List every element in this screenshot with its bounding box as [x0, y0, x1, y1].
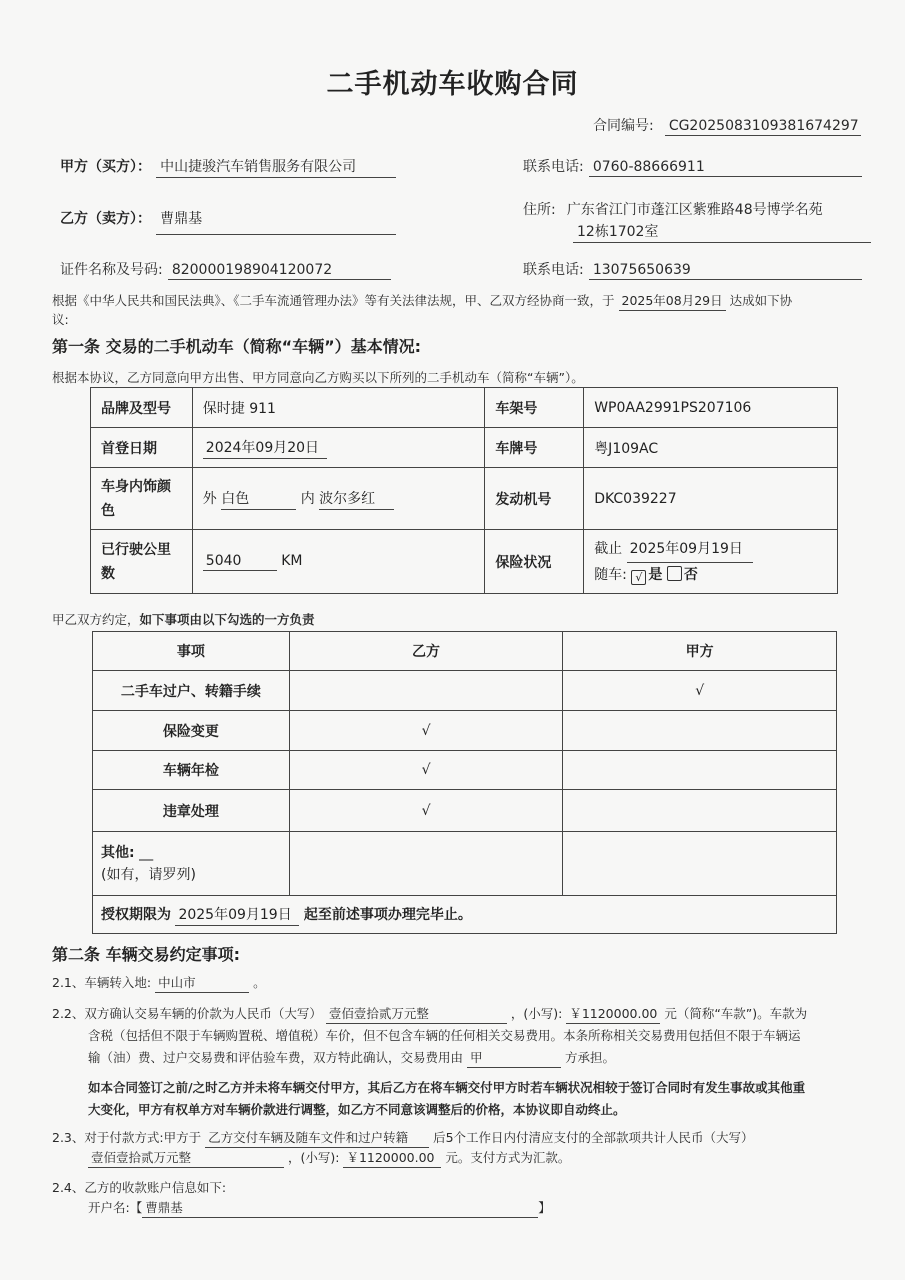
row-item: 保险变更 [93, 711, 290, 751]
clause-2-4-number: 2.4、 [52, 1180, 84, 1195]
price-in-figures: ￥1120000.00 [566, 1004, 660, 1024]
with-car-label: 随车: [594, 567, 627, 583]
payment-in-figures: ￥1120000.00 [343, 1148, 441, 1168]
color-label-line2: 色 [101, 499, 182, 523]
other-label-row: 其他: __ [101, 842, 279, 864]
party-b-address-line1: 广东省江门市蓬江区紫雅路48号博学名苑 [567, 202, 823, 218]
clause-2-1-end: 。 [253, 975, 266, 990]
responsibility-header-row: 事项 乙方 甲方 [93, 632, 837, 671]
price-in-words: 壹佰壹拾贰万元整 [326, 1004, 507, 1024]
authorization-suffix: 起至前述事项办理完毕止。 [304, 907, 472, 923]
clause-2-1-number: 2.1、 [52, 975, 84, 990]
party-b-address-label: 住所: [523, 202, 556, 218]
row-party-b-check[interactable] [289, 671, 563, 711]
table-row-other: 其他: __ (如有，请罗列) [93, 832, 837, 896]
contract-page: 二手机动车收购合同 合同编号: CG2025083109381674297 甲方… [0, 0, 905, 1280]
article1-intro: 根据本协议，乙方同意向甲方出售、甲方同意向乙方购买以下所列的二手机动车（简称“车… [52, 368, 584, 386]
clause-2-3-number: 2.3、 [52, 1130, 84, 1145]
contract-number-row: 合同编号: CG2025083109381674297 [593, 115, 861, 136]
row-item: 车辆年检 [93, 751, 290, 790]
party-b-phone-label: 联系电话: [523, 262, 584, 278]
with-car-no-checkbox[interactable] [667, 566, 682, 581]
authorization-cell: 授权期限为 2025年09月19日 起至前述事项办理完毕止。 [93, 896, 837, 934]
fee-party: 甲 [467, 1048, 561, 1068]
responsibility-intro: 甲乙双方约定，如下事项由以下勾选的一方负责 [52, 610, 315, 628]
account-name-label: 开户名:【 [88, 1200, 142, 1215]
party-b-address-line2-row: 12栋1702室 [573, 221, 871, 243]
brand-label: 品牌及型号 [91, 388, 193, 428]
exterior-color: 白色 [221, 488, 296, 510]
clause-2-3-line1: 2.3、对于付款方式:甲方于 乙方交付车辆及随车文件和过户转籍 后5个工作日内付… [52, 1128, 754, 1148]
responsibility-table: 事项 乙方 甲方 二手车过户、转籍手续 √ 保险变更 √ 车辆年检 √ 违章处理… [92, 631, 837, 934]
row-party-b-check[interactable]: √ [289, 751, 563, 790]
vehicle-info-table: 品牌及型号 保时捷 911 车架号 WP0AA2991PS207106 首登日期… [90, 387, 838, 594]
party-a-phone: 0760-88666911 [589, 159, 862, 177]
table-row: 保险变更 √ [93, 711, 837, 751]
clause-2-2-bold-line1: 如本合同签订之前/之时乙方并未将车辆交付甲方，其后乙方在将车辆交付甲方时若车辆状… [88, 1078, 805, 1096]
clause-2-2-line3b: 方承担。 [565, 1050, 615, 1065]
clause-2-3-text2: 后5个工作日内付清应支付的全部款项共计人民币（大写） [433, 1130, 753, 1145]
mileage-label: 已行驶公里 数 [91, 530, 193, 594]
party-b-name: 曹鼎基 [156, 208, 396, 235]
clause-2-3-text4: 元。支付方式为汇款。 [445, 1150, 570, 1165]
clause-2-3-text3: ，(小写): [288, 1150, 339, 1165]
reg-date-value: 2024年09月20日 [203, 437, 327, 459]
responsibility-intro-text: 甲乙双方约定， [52, 612, 140, 627]
authorization-row: 授权期限为 2025年09月19日 起至前述事项办理完毕止。 [93, 896, 837, 934]
clause-2-2-bold-line2: 大变化，甲方有权单方对车辆价款进行调整，如乙方不同意该调整后的价格，本协议即自动… [88, 1100, 626, 1118]
preamble-line2: 议: [52, 310, 69, 328]
account-name-end: 】 [538, 1200, 551, 1215]
clause-2-2-text1: 双方确认交易车辆的价款为人民币（大写） [84, 1006, 322, 1021]
row-party-b-check[interactable]: √ [289, 711, 563, 751]
party-b-id-label: 证件名称及号码: [60, 262, 163, 278]
document-title: 二手机动车收购合同 [0, 62, 905, 101]
authorization-prefix: 授权期限为 [101, 907, 171, 923]
with-car-row: 随车: √是 否 [594, 563, 827, 587]
engine-label: 发动机号 [485, 468, 584, 530]
table-row: 车辆年检 √ [93, 751, 837, 790]
header-item: 事项 [93, 632, 290, 671]
clause-2-1: 2.1、车辆转入地: 中山市 。 [52, 973, 266, 993]
transfer-city: 中山市 [155, 973, 249, 993]
clause-2-2-text2: ，(小写): [511, 1006, 562, 1021]
party-b-address-line2: 12栋1702室 [573, 221, 871, 243]
party-b-phone: 13075650639 [589, 262, 862, 280]
row-party-a-check[interactable] [563, 751, 837, 790]
other-party-b[interactable] [289, 832, 563, 896]
clause-2-4: 2.4、乙方的收款账户信息如下: [52, 1178, 226, 1196]
mileage-cell: 5040 KM [192, 530, 485, 594]
party-a-label: 甲方（买方）： [60, 159, 151, 175]
party-a-phone-row: 联系电话: 0760-88666911 [523, 156, 862, 177]
brand-value: 保时捷 911 [192, 388, 485, 428]
payment-condition: 乙方交付车辆及随车文件和过户转籍 [205, 1128, 429, 1148]
preamble-text-after: 达成如下协 [730, 293, 793, 308]
authorization-date: 2025年09月19日 [175, 904, 299, 926]
article1-heading: 第一条 交易的二手机动车（简称“车辆”）基本情况: [52, 334, 421, 357]
clause-2-2-line3a: 输（油）费、过户交易费和评估验车费，双方特此确认，交易费用由 [88, 1050, 463, 1065]
clause-2-3-line2: 壹佰壹拾贰万元整 ，(小写): ￥1120000.00 元。支付方式为汇款。 [88, 1148, 570, 1168]
payment-in-words: 壹佰壹拾贰万元整 [88, 1148, 284, 1168]
table-row: 二手车过户、转籍手续 √ [93, 671, 837, 711]
row-party-a-check[interactable]: √ [563, 671, 837, 711]
clause-2-4-text: 乙方的收款账户信息如下: [84, 1180, 226, 1195]
preamble-date: 2025年08月29日 [619, 291, 726, 311]
vehicle-row-color: 车身内饰颜 色 外 白色 内 波尔多红 发动机号 DKC039227 [91, 468, 838, 530]
clause-2-2-text3: 元（简称“车款”)。车款为 [664, 1006, 807, 1021]
interior-prefix: 内 [301, 491, 315, 507]
party-b-row: 乙方（卖方）： 曹鼎基 [60, 208, 396, 235]
insurance-until-date: 2025年09月19日 [627, 537, 753, 563]
mileage-value: 5040 [203, 553, 277, 571]
plate-label: 车牌号 [485, 428, 584, 468]
header-party-b: 乙方 [289, 632, 563, 671]
color-label-line1: 车身内饰颜 [101, 475, 182, 499]
table-row: 违章处理 √ [93, 790, 837, 832]
clause-2-3-text1: 对于付款方式:甲方于 [84, 1130, 201, 1145]
insurance-until-row: 截止 2025年09月19日 [594, 537, 827, 563]
interior-color: 波尔多红 [319, 488, 394, 510]
exterior-prefix: 外 [203, 491, 217, 507]
plate-value: 粤J109AC [584, 428, 838, 468]
article2-heading: 第二条 车辆交易约定事项: [52, 942, 240, 965]
vehicle-row-mileage: 已行驶公里 数 5040 KM 保险状况 截止 2025年09月19日 随车: … [91, 530, 838, 594]
clause-2-2-number: 2.2、 [52, 1006, 84, 1021]
party-a-name: 中山捷骏汽车销售服务有限公司 [156, 156, 396, 178]
vin-value: WP0AA2991PS207106 [584, 388, 838, 428]
clause-2-1-label: 车辆转入地: [84, 975, 151, 990]
mileage-label-line2: 数 [101, 562, 182, 586]
party-b-id-number: 820000198904120072 [168, 262, 391, 280]
mileage-unit: KM [281, 553, 302, 569]
insurance-label: 保险状况 [485, 530, 584, 594]
party-b-address-row: 住所: 广东省江门市蓬江区紫雅路48号博学名苑 [523, 199, 823, 219]
clause-2-2-line2: 含税（包括但不限于车辆购置税、增值税）车价，但不包含车辆的任何相关交易费用。本条… [88, 1026, 801, 1044]
party-b-id-row: 证件名称及号码: 820000198904120072 [60, 259, 391, 280]
color-cell: 外 白色 内 波尔多红 [192, 468, 485, 530]
preamble-line1: 根据《中华人民共和国民法典》、《二手车流通管理办法》等有关法律法规，甲、乙双方经… [52, 291, 792, 311]
mileage-label-line1: 已行驶公里 [101, 538, 182, 562]
reg-date-label: 首登日期 [91, 428, 193, 468]
with-car-yes-checkbox[interactable]: √ [631, 570, 646, 585]
with-car-yes-label: 是 [648, 567, 662, 583]
other-value: __ [139, 845, 153, 861]
vehicle-row-brand: 品牌及型号 保时捷 911 车架号 WP0AA2991PS207106 [91, 388, 838, 428]
other-note: (如有，请罗列) [101, 864, 279, 886]
other-party-a[interactable] [563, 832, 837, 896]
row-item: 违章处理 [93, 790, 290, 832]
reg-date-cell: 2024年09月20日 [192, 428, 485, 468]
with-car-no-label: 否 [684, 567, 698, 583]
account-name: 曹鼎基 [142, 1198, 538, 1218]
clause-2-2-line3: 输（油）费、过户交易费和评估验车费，双方特此确认，交易费用由 甲 方承担。 [88, 1048, 615, 1068]
clause-2-2-line1: 2.2、双方确认交易车辆的价款为人民币（大写） 壹佰壹拾贰万元整 ，(小写): … [52, 1004, 807, 1024]
responsibility-intro-bold: 如下事项由以下勾选的一方负责 [140, 612, 315, 627]
contract-number-value: CG2025083109381674297 [665, 118, 861, 136]
account-name-row: 开户名:【曹鼎基】 [88, 1198, 551, 1218]
vehicle-row-registration: 首登日期 2024年09月20日 车牌号 粤J109AC [91, 428, 838, 468]
other-label: 其他: [101, 845, 135, 861]
contract-number-label: 合同编号: [593, 118, 654, 134]
engine-value: DKC039227 [584, 468, 838, 530]
row-item: 二手车过户、转籍手续 [93, 671, 290, 711]
party-b-phone-row: 联系电话: 13075650639 [523, 259, 862, 280]
other-cell: 其他: __ (如有，请罗列) [93, 832, 290, 896]
party-a-row: 甲方（买方）： 中山捷骏汽车销售服务有限公司 [60, 156, 396, 178]
header-party-a: 甲方 [563, 632, 837, 671]
row-party-b-check[interactable]: √ [289, 790, 563, 832]
party-b-label: 乙方（卖方）： [60, 211, 151, 227]
row-party-a-check[interactable] [563, 790, 837, 832]
row-party-a-check[interactable] [563, 711, 837, 751]
party-a-phone-label: 联系电话: [523, 159, 584, 175]
vin-label: 车架号 [485, 388, 584, 428]
color-label: 车身内饰颜 色 [91, 468, 193, 530]
preamble-text-before: 根据《中华人民共和国民法典》、《二手车流通管理办法》等有关法律法规，甲、乙双方经… [52, 293, 615, 308]
insurance-cell: 截止 2025年09月19日 随车: √是 否 [584, 530, 838, 594]
insurance-until-prefix: 截止 [594, 541, 622, 557]
